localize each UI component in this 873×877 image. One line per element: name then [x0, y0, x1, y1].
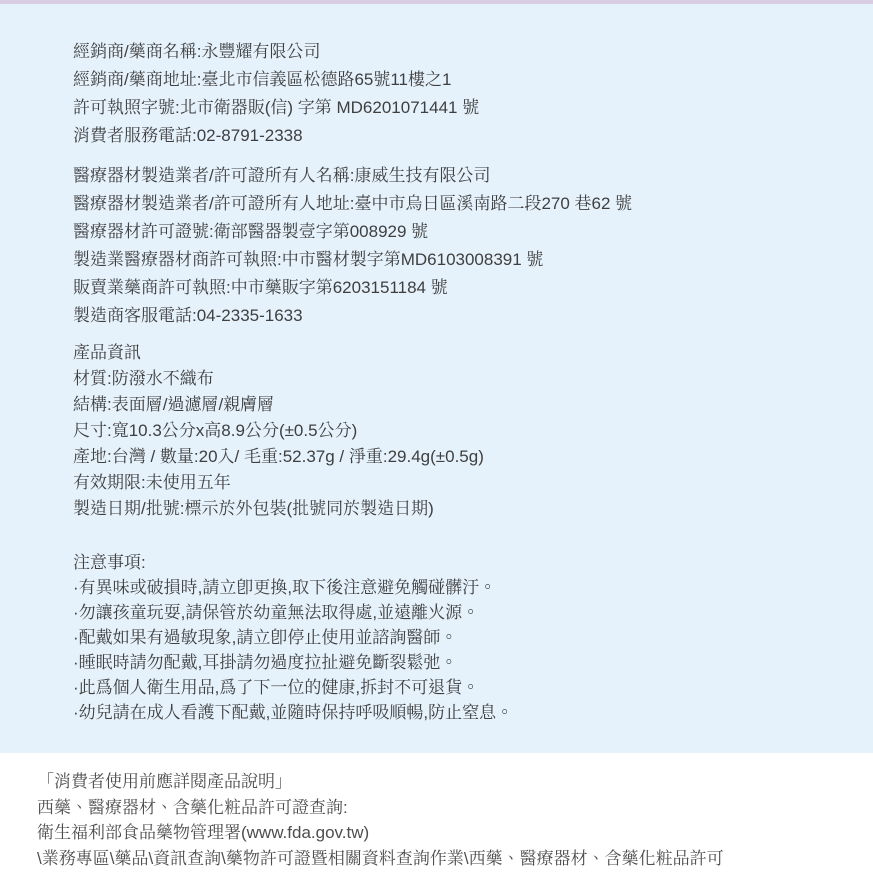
- distributor-info-block: 經銷商/藥商名稱:永豐耀有限公司 經銷商/藥商地址:臺北市信義區松德路65號11…: [73, 38, 845, 150]
- precaution-item: ·睡眠時請勿配戴,耳掛請勿過度拉扯避免斷裂鬆弛。: [73, 650, 845, 675]
- precaution-item: ·勿讓孩童玩耍,請保管於幼童無法取得處,並遠離火源。: [73, 600, 845, 625]
- manufacture-date-line: 製造日期/批號:標示於外包裝(批號同於製造日期): [73, 496, 845, 522]
- product-description-page: 經銷商/藥商名稱:永豐耀有限公司 經銷商/藥商地址:臺北市信義區松德路65號11…: [0, 0, 873, 877]
- fda-site-line: 衛生福利部食品藥物管理署(www.fda.gov.tw): [37, 820, 853, 846]
- precautions-block: 注意事項: ·有異味或破損時,請立卽更換,取下後注意避免觸碰髒汙。 ·勿讓孩童玩…: [73, 550, 845, 725]
- precaution-item: ·配戴如果有過敏現象,請立卽停止使用並諮詢醫師。: [73, 625, 845, 650]
- license-number-line: 許可執照字號:北市衛器販(信) 字第 MD6201071441 號: [73, 94, 845, 122]
- manufacturer-name-line: 醫療器材製造業者/許可證所有人名稱:康威生技有限公司: [73, 162, 845, 190]
- product-spec-block: 產品資訊 材質:防潑水不織布 結構:表面層/過濾層/親膚層 尺寸:寬10.3公分…: [73, 340, 845, 522]
- regulatory-footer: 「消費者使用前應詳閱產品說明」 西藥、醫療器材、含藥化粧品許可證查詢: 衛生福利…: [0, 753, 873, 871]
- expiry-line: 有效期限:未使用五年: [73, 470, 845, 496]
- dimensions-line: 尺寸:寬10.3公分x高8.9公分(±0.5公分): [73, 418, 845, 444]
- license-query-line: 西藥、醫療器材、含藥化粧品許可證查詢:: [37, 795, 853, 821]
- manufacturer-service-phone-line: 製造商客服電話:04-2335-1633: [73, 302, 845, 330]
- manufacturer-address-line: 醫療器材製造業者/許可證所有人地址:臺中市烏日區溪南路二段270 巷62 號: [73, 190, 845, 218]
- origin-quantity-weight-line: 產地:台灣 / 數量:20入/ 毛重:52.37g / 淨重:29.4g(±0.…: [73, 444, 845, 470]
- material-line: 材質:防潑水不織布: [73, 366, 845, 392]
- device-license-line: 醫療器材許可證號:衛部醫器製壹字第008929 號: [73, 218, 845, 246]
- precaution-item: ·此爲個人衛生用品,爲了下一位的健康,拆封不可退貨。: [73, 675, 845, 700]
- product-info-heading: 產品資訊: [73, 340, 845, 366]
- precaution-item: ·有異味或破損時,請立卽更換,取下後注意避免觸碰髒汙。: [73, 575, 845, 600]
- fda-navigation-path-line: \業務專區\藥品\資訊查詢\藥物許可證暨相關資料查詢作業\西藥、醫療器材、含藥化…: [37, 846, 853, 872]
- precaution-item: ·幼兒請在成人看護下配戴,並隨時保持呼吸順暢,防止窒息。: [73, 700, 845, 725]
- product-info-panel: 經銷商/藥商名稱:永豐耀有限公司 經銷商/藥商地址:臺北市信義區松德路65號11…: [0, 4, 873, 753]
- manufacturer-info-block: 醫療器材製造業者/許可證所有人名稱:康威生技有限公司 醫療器材製造業者/許可證所…: [73, 162, 845, 330]
- manufacturing-license-line: 製造業醫療器材商許可執照:中市醫材製字第MD6103008391 號: [73, 246, 845, 274]
- consumer-service-phone-line: 消費者服務電話:02-8791-2338: [73, 122, 845, 150]
- vendor-license-line: 販賣業藥商許可執照:中市藥販字第6203151184 號: [73, 274, 845, 302]
- structure-line: 結構:表面層/過濾層/親膚層: [73, 392, 845, 418]
- consumer-notice-line: 「消費者使用前應詳閱產品說明」: [37, 769, 853, 795]
- distributor-name-line: 經銷商/藥商名稱:永豐耀有限公司: [73, 38, 845, 66]
- distributor-address-line: 經銷商/藥商地址:臺北市信義區松德路65號11樓之1: [73, 66, 845, 94]
- precautions-heading: 注意事項:: [73, 550, 845, 575]
